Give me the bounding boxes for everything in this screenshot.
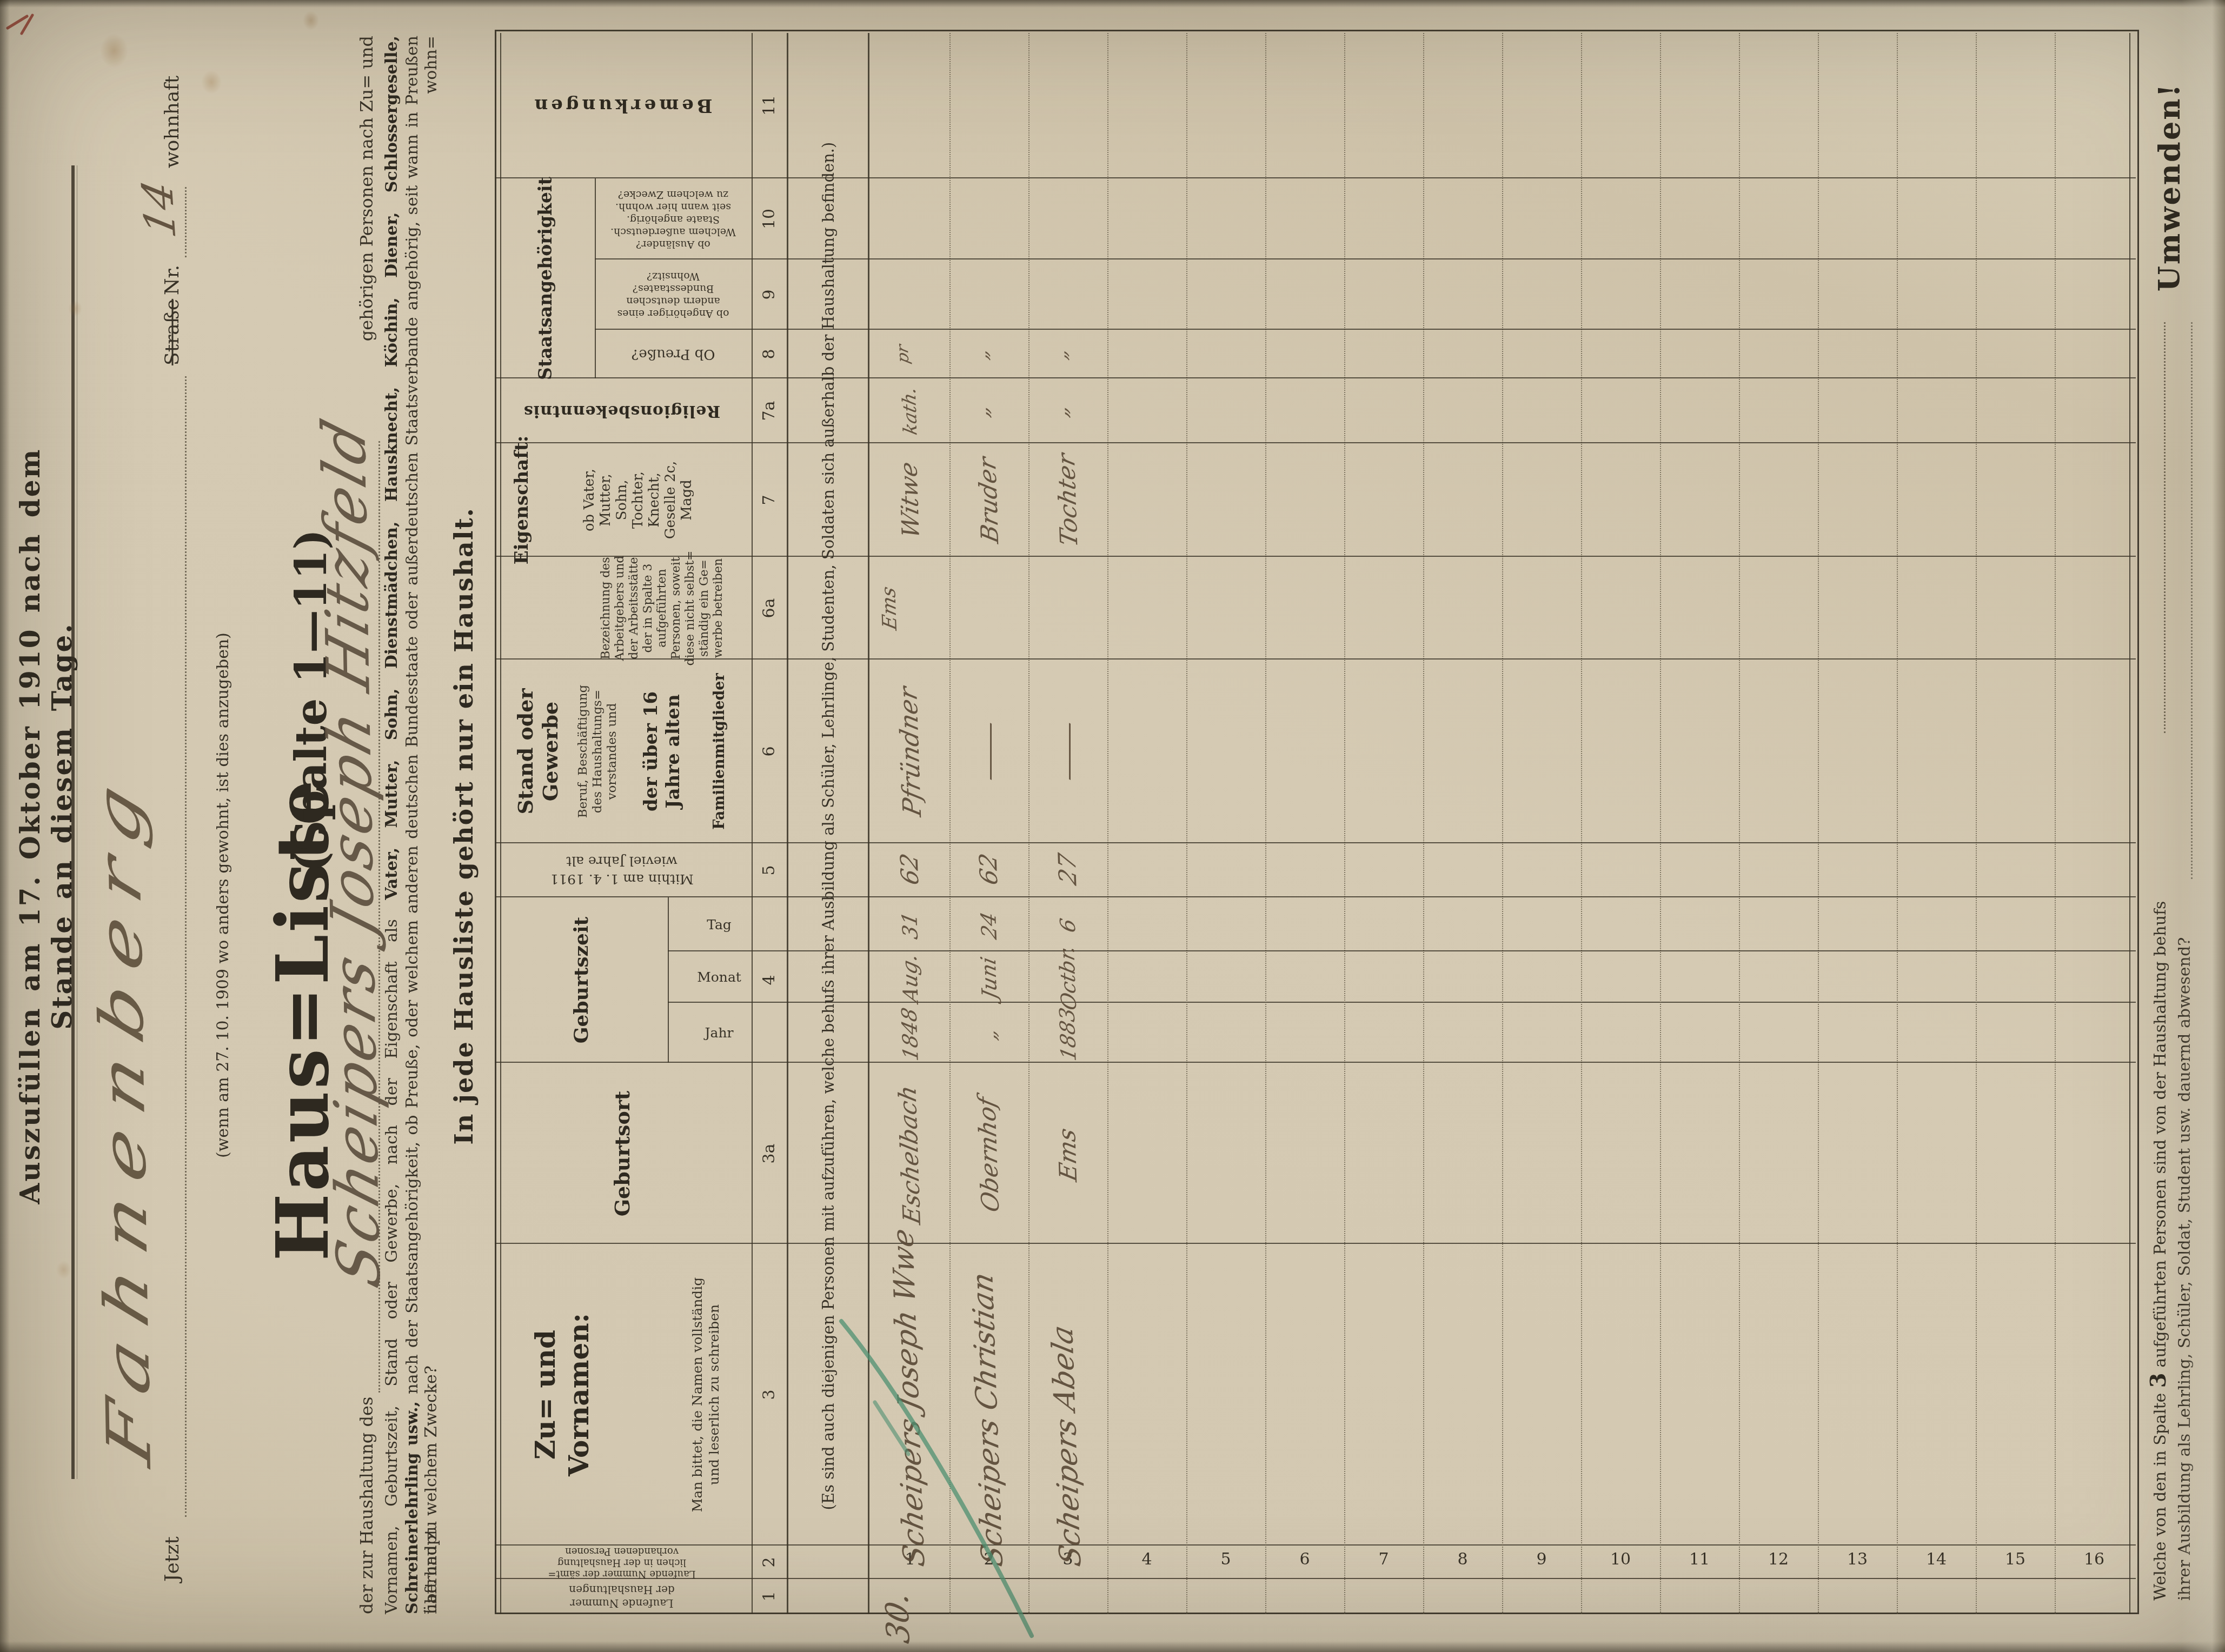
form-page: Auszufüllen am 17. Oktober 1910 nach dem… (0, 0, 2225, 1652)
green-check-stroke (841, 1321, 1032, 1636)
red-corner-mark (8, 15, 32, 34)
scanned-census-sheet: { "document": { "fill_instruction": "Aus… (0, 0, 2225, 1652)
pencil-marks-overlay (0, 0, 2225, 1652)
